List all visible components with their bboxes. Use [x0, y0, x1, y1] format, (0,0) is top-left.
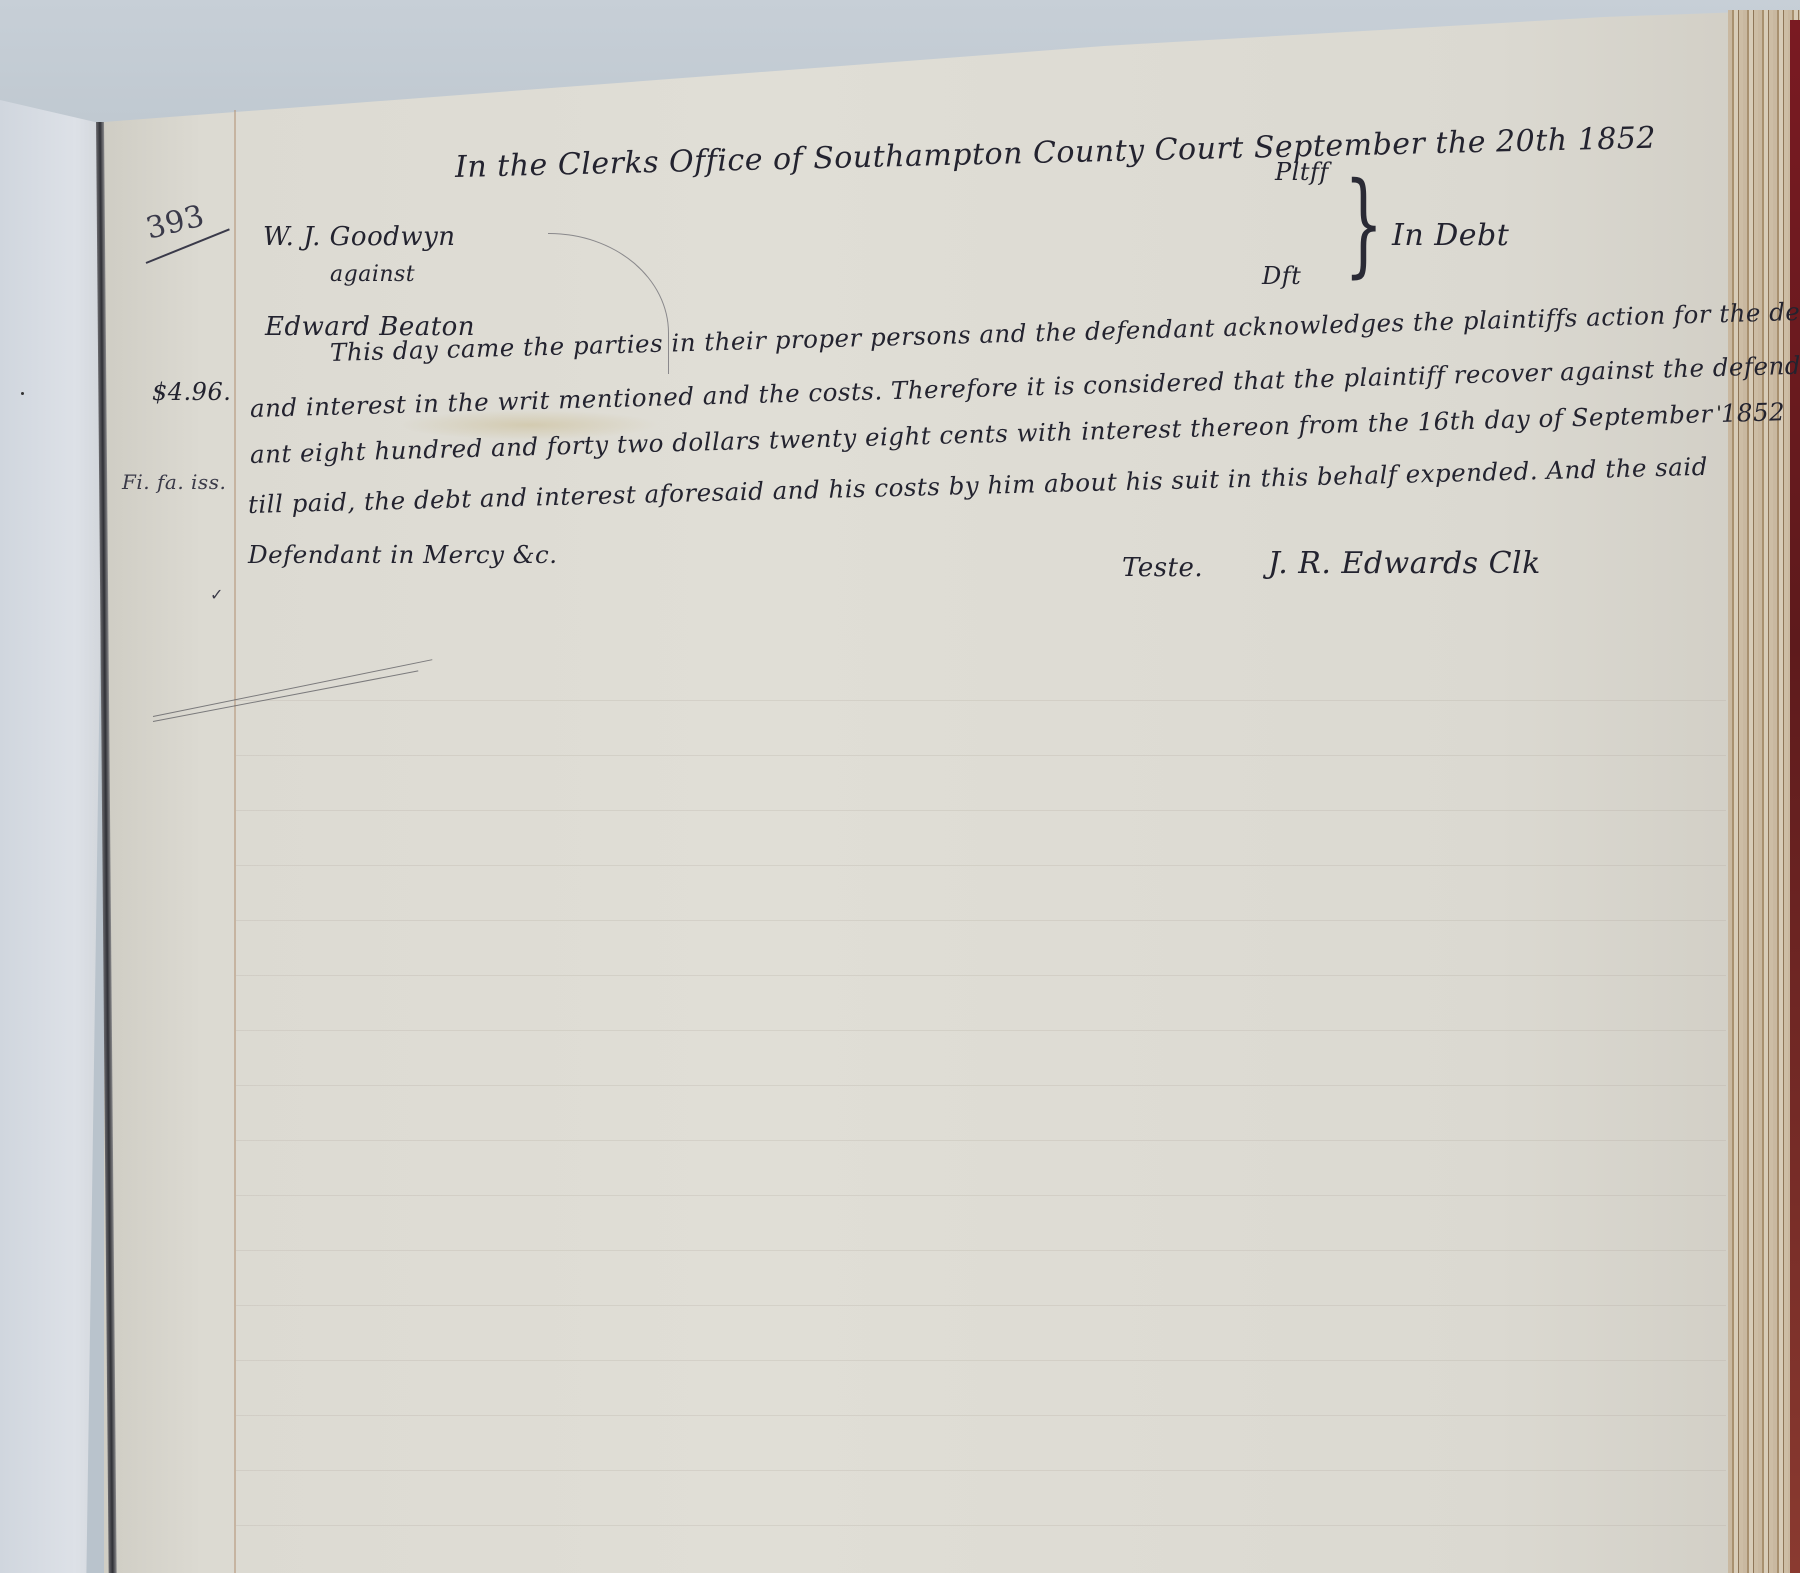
margin-rule-line — [234, 110, 236, 1573]
defendant-abbrev: Dft — [1262, 262, 1301, 290]
book-binding — [1790, 20, 1800, 1573]
plaintiff-abbrev: Pltff — [1275, 158, 1329, 186]
margin-writ-note: Fi. fa. iss. — [122, 470, 226, 494]
curly-brace: } — [1344, 168, 1383, 280]
versus-label: against — [330, 262, 415, 287]
body-line: Defendant in Mercy &c. — [248, 540, 558, 569]
clerk-signature: J. R. Edwards Clk — [1268, 546, 1541, 581]
action-type: In Debt — [1392, 218, 1509, 253]
ink-spot — [21, 392, 24, 395]
plaintiff-name: W. J. Goodwyn — [263, 222, 456, 252]
ink-spot — [1718, 405, 1720, 411]
left-page — [0, 100, 108, 1573]
margin-amount-note: $4.96. — [152, 378, 231, 406]
teste-label: Teste. — [1122, 553, 1203, 583]
check-mark-icon: ✓ — [210, 585, 224, 604]
